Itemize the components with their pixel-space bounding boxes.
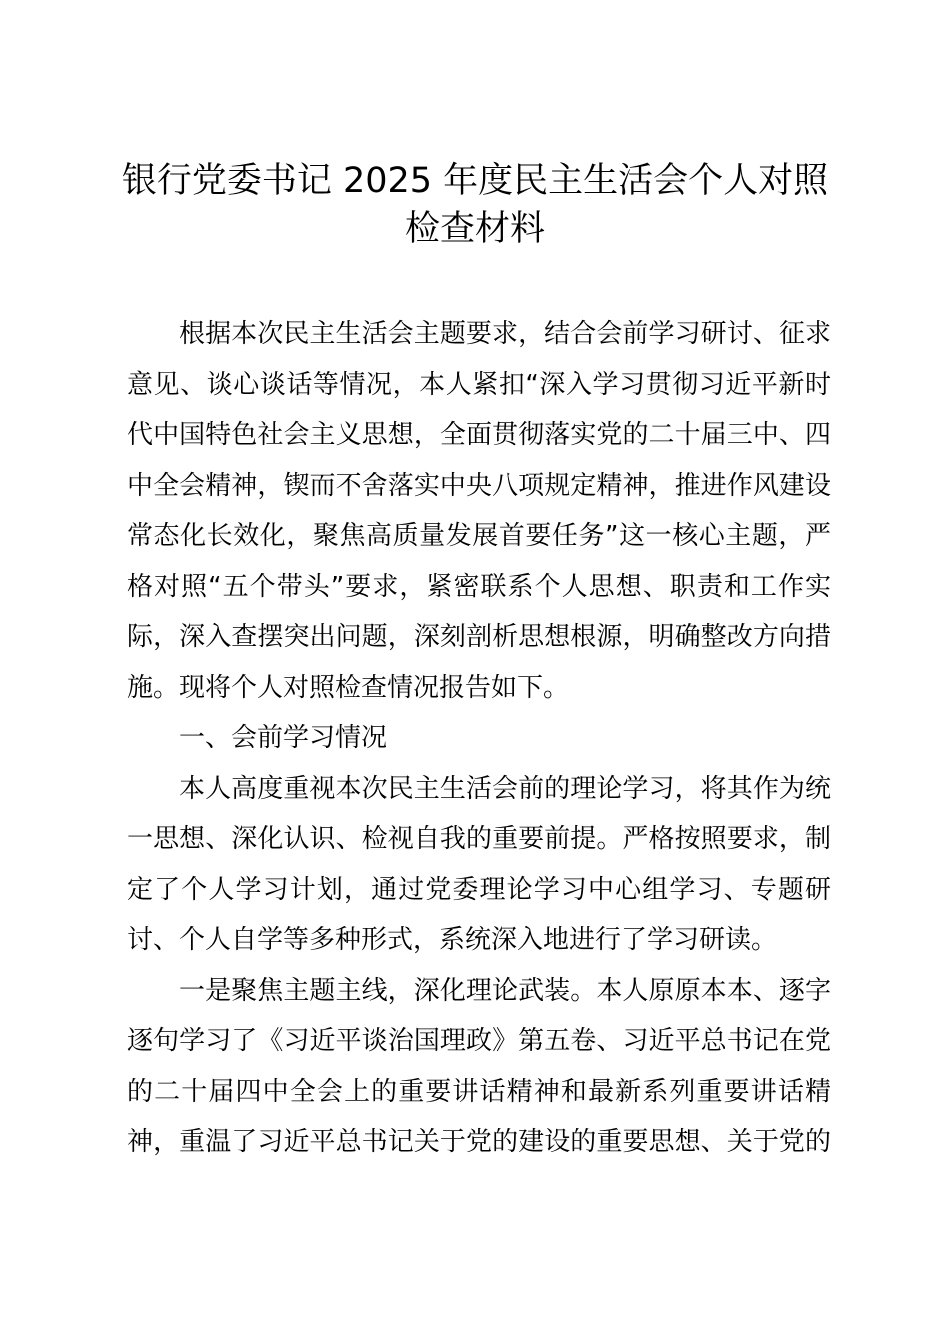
paragraph-line: 代中国特色社会主义思想，全面贯彻落实党的二十届三中、四 xyxy=(127,410,831,461)
paragraph-line: 格对照“五个带头”要求，紧密联系个人思想、职责和工作实 xyxy=(127,562,831,613)
document-page: 银行党委书记 2025 年度民主生活会个人对照 检查材料 根据本次民主生活会主题… xyxy=(0,0,950,1344)
paragraph-line: 的二十届四中全会上的重要讲话精神和最新系列重要讲话精 xyxy=(127,1067,831,1118)
paragraph-line: 讨、个人自学等多种形式，系统深入地进行了学习研读。 xyxy=(127,915,831,966)
paragraph-line: 逐句学习了《习近平谈治国理政》第五卷、习近平总书记在党 xyxy=(127,1016,831,1067)
paragraph-line: 中全会精神，锲而不舍落实中央八项规定精神，推进作风建设 xyxy=(127,461,831,512)
document-body: 根据本次民主生活会主题要求，结合会前学习研讨、征求 意见、谈心谈话等情况，本人紧… xyxy=(127,309,831,1168)
paragraph-line: 一思想、深化认识、检视自我的重要前提。严格按照要求，制 xyxy=(127,814,831,865)
paragraph-line: 施。现将个人对照检查情况报告如下。 xyxy=(127,663,831,714)
paragraph-line: 意见、谈心谈话等情况，本人紧扣“深入学习贯彻习近平新时 xyxy=(127,360,831,411)
paragraph-line: 一是聚焦主题主线，深化理论武装。本人原原本本、逐字 xyxy=(127,966,831,1017)
paragraph-line: 际，深入查摆突出问题，深刻剖析思想根源，明确整改方向措 xyxy=(127,612,831,663)
paragraph-line: 本人高度重视本次民主生活会前的理论学习，将其作为统 xyxy=(127,764,831,815)
document-title-line-2: 检查材料 xyxy=(100,205,850,253)
section-heading: 一、会前学习情况 xyxy=(127,713,831,764)
paragraph-line: 神，重温了习近平总书记关于党的建设的重要思想、关于党的 xyxy=(127,1117,831,1168)
paragraph-line: 根据本次民主生活会主题要求，结合会前学习研讨、征求 xyxy=(127,309,831,360)
document-title-line-1: 银行党委书记 2025 年度民主生活会个人对照 xyxy=(100,157,850,205)
paragraph-line: 定了个人学习计划，通过党委理论学习中心组学习、专题研 xyxy=(127,865,831,916)
paragraph-line: 常态化长效化，聚焦高质量发展首要任务”这一核心主题，严 xyxy=(127,511,831,562)
